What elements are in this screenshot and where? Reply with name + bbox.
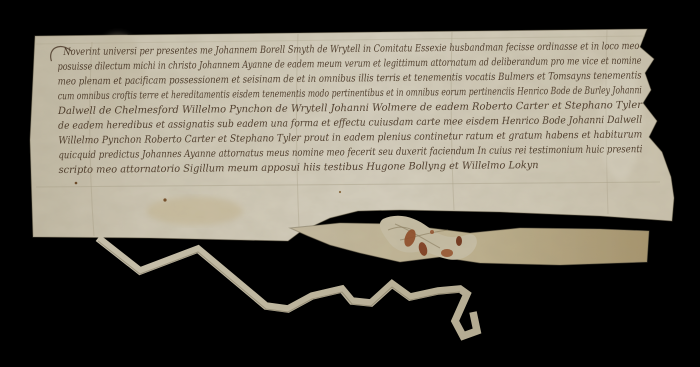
deed-photo-canvas: Noverint universi per presentes me Johan… [0, 0, 700, 367]
deed-photograph: Noverint universi per presentes me Johan… [0, 0, 700, 367]
manuscript-text: Noverint universi per presentes me Johan… [51, 40, 644, 176]
